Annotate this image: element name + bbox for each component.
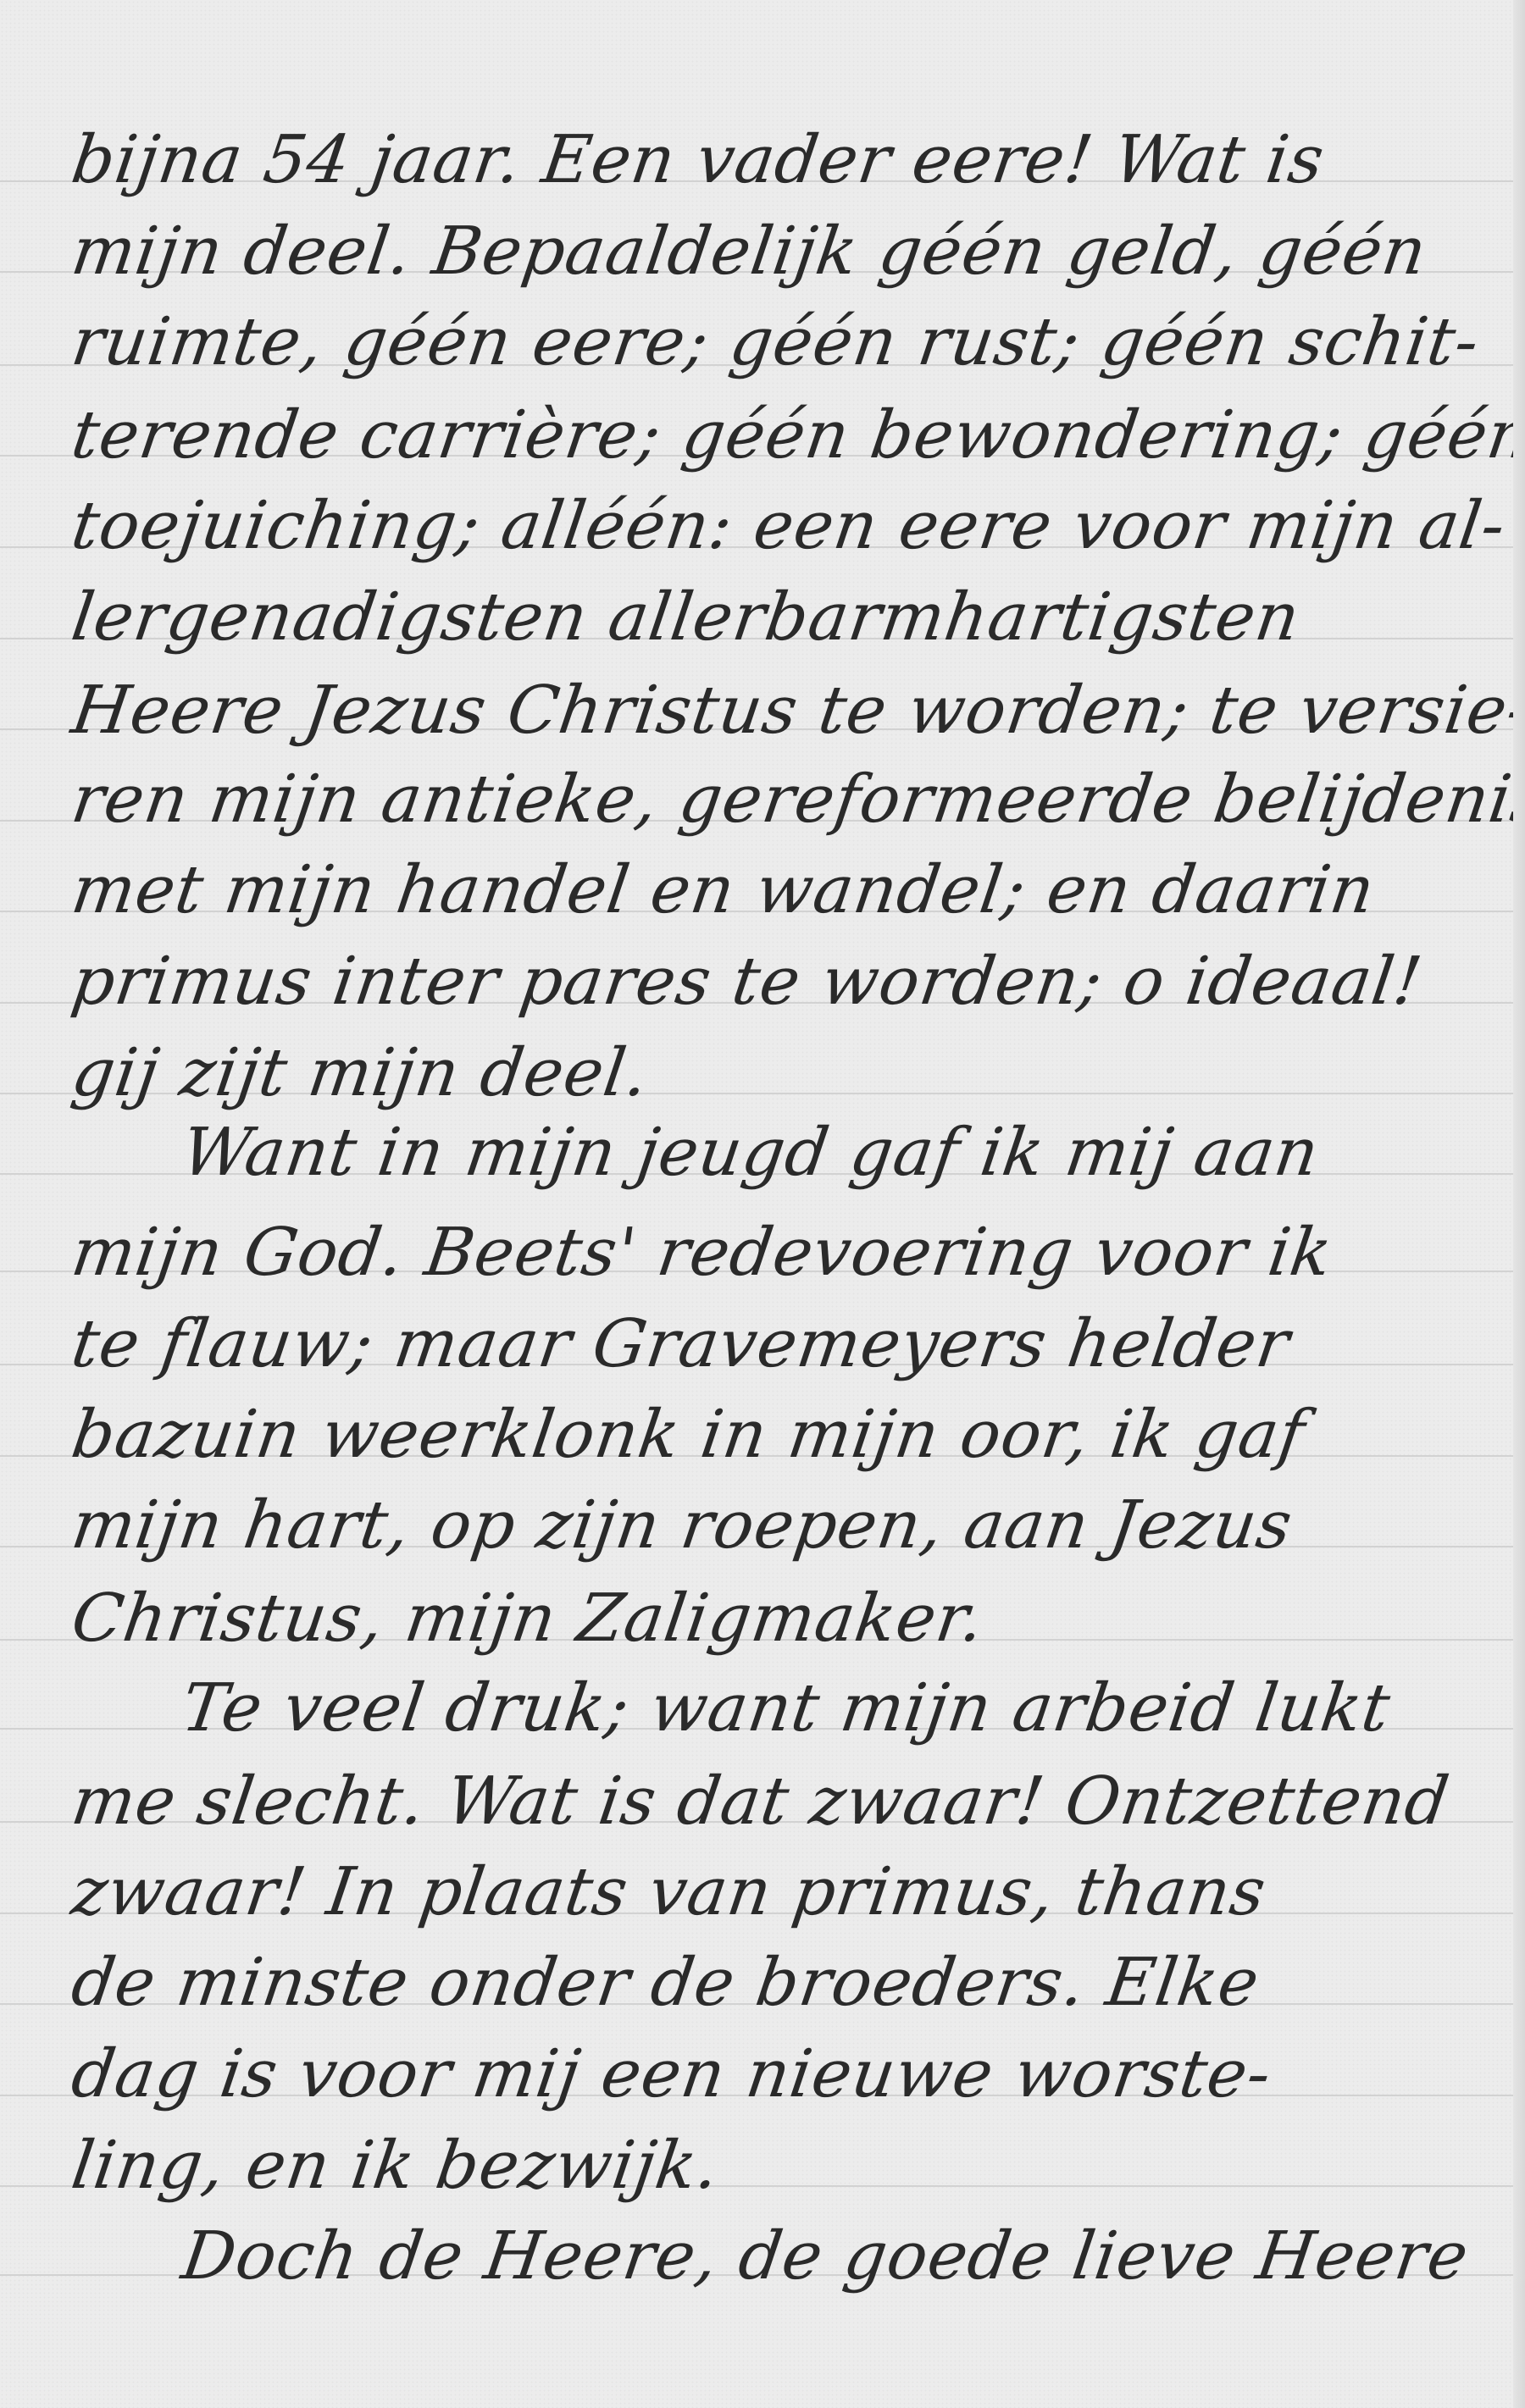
text-line: me slecht. Wat is dat zwaar! Ontzettend bbox=[68, 1769, 1525, 1835]
manuscript-page: bijna 54 jaar. Een vader eere! Wat is mi… bbox=[0, 0, 1525, 2408]
text-line: Heere Jezus Christus te worden; te versi… bbox=[68, 678, 1525, 744]
text-line: zwaar! In plaats van primus, thans bbox=[68, 1859, 1525, 1925]
text-line: Doch de Heere, de goede lieve Heere bbox=[178, 2223, 1525, 2289]
text-line: mijn God. Beets' redevoering voor ik bbox=[68, 1220, 1525, 1286]
text-line: terende carrière; géén bewondering; géén bbox=[68, 402, 1525, 468]
text-line: met mijn handel en wandel; en daarin bbox=[68, 857, 1525, 923]
text-line: mijn hart, op zijn roepen, aan Jezus bbox=[68, 1492, 1525, 1558]
text-line: lergenadigsten allerbarmhartigsten bbox=[68, 584, 1525, 650]
text-line: bijna 54 jaar. Een vader eere! Wat is bbox=[68, 127, 1525, 193]
text-line: ling, en ik bezwijk. bbox=[68, 2133, 1525, 2199]
text-line: bazuin weerklonk in mijn oor, ik gaf bbox=[68, 1402, 1525, 1468]
text-line: toejuiching; alléén: een eere voor mijn … bbox=[68, 493, 1525, 559]
text-line: te flauw; maar Gravemeyers helder bbox=[68, 1311, 1525, 1377]
text-line: Christus, mijn Zaligmaker. bbox=[68, 1586, 1525, 1652]
page-edge bbox=[1513, 0, 1525, 2408]
text-line: mijn deel. Bepaaldelijk géén geld, géén bbox=[68, 219, 1525, 285]
text-line: gij zijt mijn deel. bbox=[68, 1040, 1525, 1106]
text-line: dag is voor mij een nieuwe worste- bbox=[68, 2041, 1525, 2107]
text-line: primus inter pares te worden; o ideaal! bbox=[68, 949, 1525, 1015]
text-line: Want in mijn jeugd gaf ik mij aan bbox=[178, 1120, 1525, 1186]
text-line: Te veel druk; want mijn arbeid lukt bbox=[178, 1675, 1525, 1741]
text-line: de minste onder de broeders. Elke bbox=[68, 1950, 1525, 2016]
text-line: ren mijn antieke, gereformeerde belijden… bbox=[68, 767, 1525, 833]
text-line: ruimte, géén eere; géén rust; géén schit… bbox=[68, 309, 1525, 375]
